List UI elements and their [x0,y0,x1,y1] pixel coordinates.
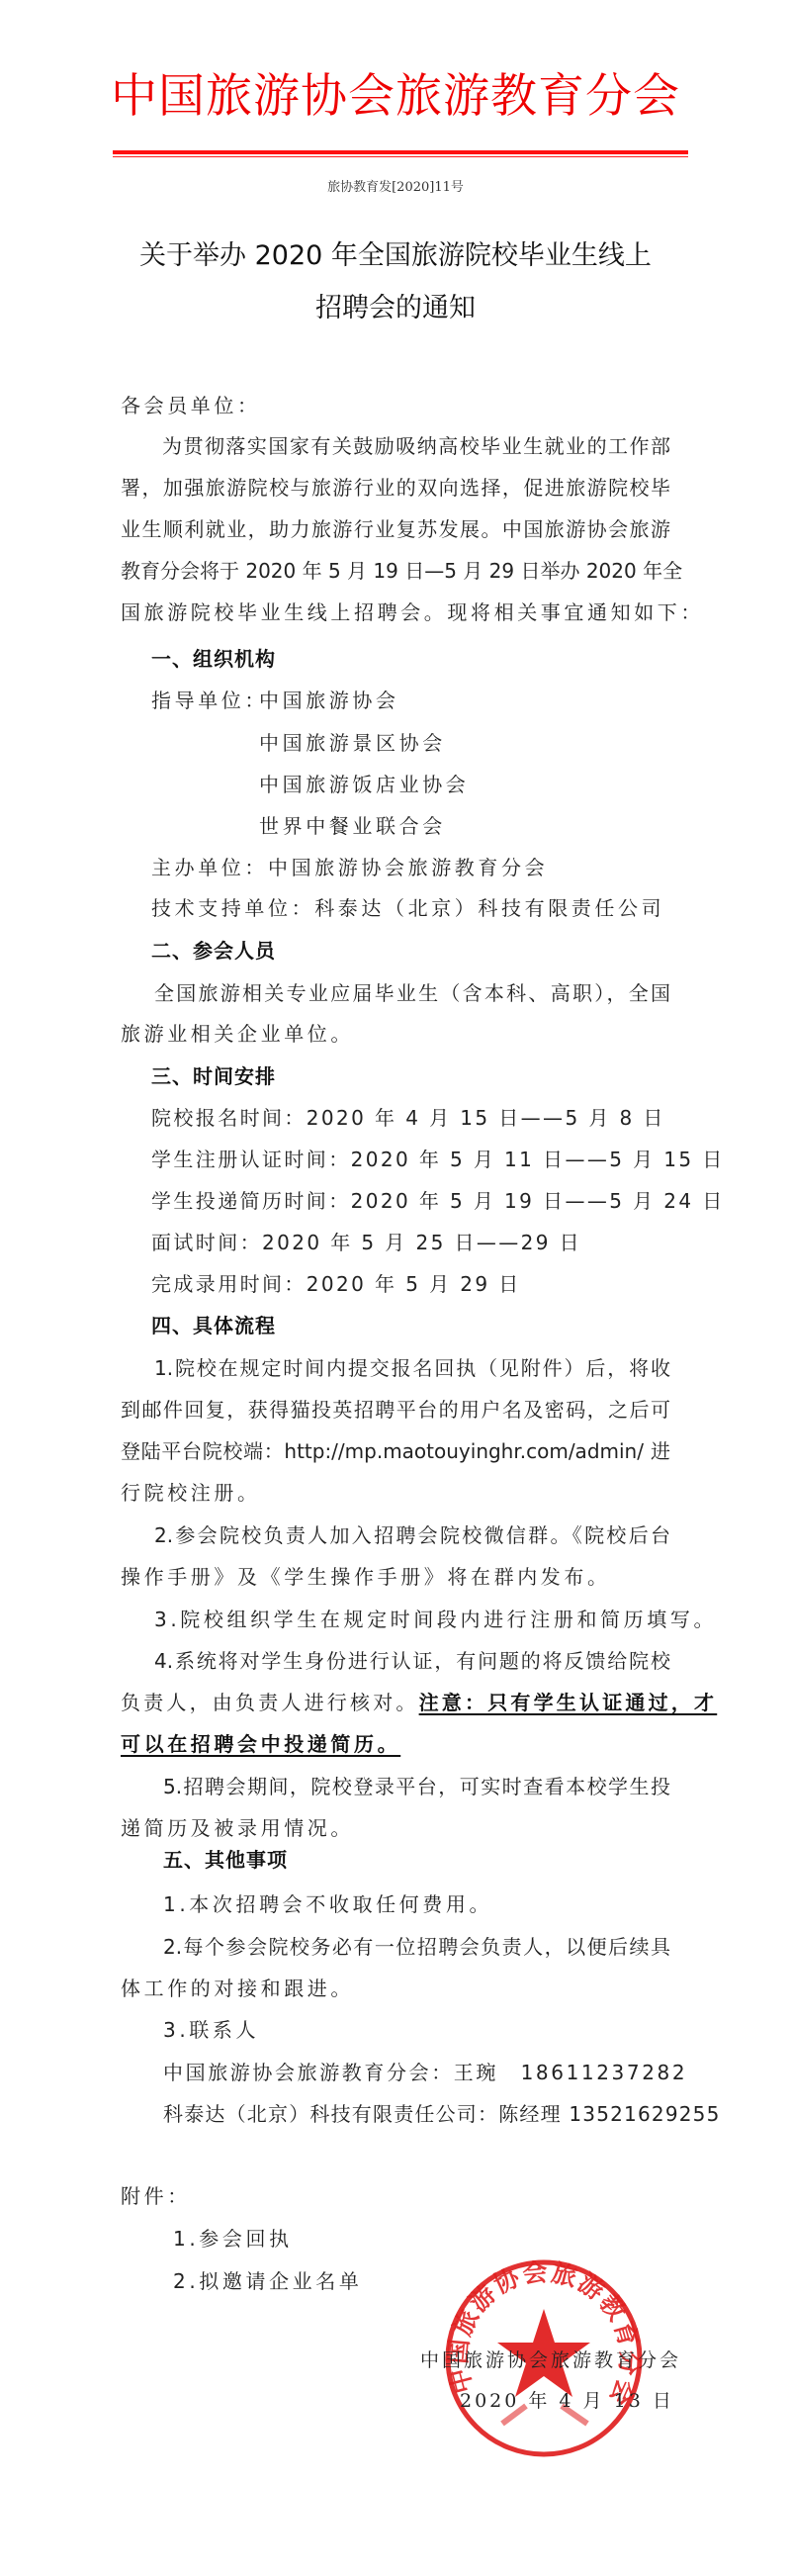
masthead-red-rule [113,150,688,154]
document-page: 中国旅游协会旅游教育分会 旅协教育发[2020]11号 关于举办 2020 年全… [0,0,791,2576]
process-step2-line: 2.参会院校负责人加入招聘会院校微信群。《院校后台 [154,1520,670,1550]
attachment-item: 1.参会回执 [173,2224,293,2254]
schedule-item: 完成录用时间：2020 年 5 月 29 日 [151,1269,521,1299]
process-step1-line: 到邮件回复，获得猫投英招聘平台的用户名及密码，之后可 [121,1395,670,1425]
process-step1-url-line: 登陆平台院校端：http://mp.maotouyinghr.com/admin… [121,1436,670,1466]
contact-person: 科泰达（北京）科技有限责任公司：陈经理 13521629255 [163,2099,721,2129]
document-number: 旅协教育发[2020]11号 [0,178,791,198]
guiding-unit: 中国旅游景区协会 [259,728,446,758]
other-item: 体工作的对接和跟进。 [121,1974,354,2003]
schedule-item: 院校报名时间：2020 年 4 月 15 日——5 月 8 日 [151,1103,665,1133]
attachments-label: 附件： [121,2181,191,2211]
process-step3-line: 3.院校组织学生在规定时间段内进行注册和简历填写。 [154,1605,717,1634]
tech-support-unit: 技术支持单位：科泰达（北京）科技有限责任公司 [151,893,664,923]
schedule-item: 学生注册认证时间：2020 年 5 月 11 日——5 月 15 日 [151,1145,725,1174]
process-step4-line: 负责人，由负责人进行核对。注意：只有学生认证通过，才 [121,1688,717,1717]
guiding-unit: 中国旅游协会 [259,686,399,715]
process-step5-line: 5.招聘会期间，院校登录平台，可实时查看本校学生投 [163,1772,670,1801]
signature-organization: 中国旅游协会旅游教育分会 [420,2346,681,2375]
guiding-unit: 中国旅游饭店业协会 [259,770,469,799]
intro-line: 教育分会将于 2020 年 5 月 19 日—5 月 29 日举办 2020 年… [121,556,670,586]
schedule-item: 面试时间：2020 年 5 月 25 日——29 日 [151,1228,581,1257]
attachment-item: 2.拟邀请企业名单 [173,2266,362,2296]
section-heading-participants: 二、参会人员 [151,936,276,966]
process-step4-text: 负责人，由负责人进行核对。 [121,1691,419,1714]
process-step4-notice: 可以在招聘会中投递简历。 [121,1732,400,1756]
other-item: 1.本次招聘会不收取任何费用。 [163,1889,492,1919]
process-step4-line: 4.系统将对学生身份进行认证，有问题的将反馈给院校 [154,1646,670,1676]
other-item-contacts-label: 3.联系人 [163,2015,259,2045]
intro-line: 业生顺利就业，助力旅游行业复苏发展。中国旅游协会旅游 [121,514,670,544]
section-heading-schedule: 三、时间安排 [151,1061,276,1091]
masthead-organization: 中国旅游协会旅游教育分会 [0,65,791,129]
intro-line: 国旅游院校毕业生线上招聘会。现将相关事宜通知如下： [121,598,704,627]
process-step5-line: 递简历及被录用情况。 [121,1813,354,1843]
document-title-line2: 招聘会的通知 [0,291,791,326]
section-heading-organization: 一、组织机构 [151,644,276,674]
section-heading-other: 五、其他事项 [163,1845,288,1875]
process-step4-notice: 注意：只有学生认证通过，才 [419,1691,718,1714]
guiding-units-label: 指导单位： [151,686,268,715]
intro-line: 为贯彻落实国家有关鼓励吸纳高校毕业生就业的工作部 [121,431,670,461]
salutation: 各会员单位： [121,391,261,420]
participants-line: 旅游业相关企业单位。 [121,1019,354,1049]
section-heading-process: 四、具体流程 [151,1311,276,1340]
masthead-red-rule-thin [113,156,688,157]
host-unit: 主办单位：中国旅游协会旅游教育分会 [151,853,548,882]
participants-line: 全国旅游相关专业应届毕业生（含本科、高职），全国 [154,978,670,1008]
guiding-unit: 世界中餐业联合会 [259,811,446,841]
process-step1-line: 行院校注册。 [121,1478,261,1508]
process-step4-line: 可以在招聘会中投递简历。 [121,1729,400,1759]
schedule-item: 学生投递简历时间：2020 年 5 月 19 日——5 月 24 日 [151,1186,725,1216]
document-title-line1: 关于举办 2020 年全国旅游院校毕业生线上 [0,238,791,274]
process-step2-line: 操作手册》及《学生操作手册》将在群内发布。 [121,1562,611,1592]
intro-line: 署，加强旅游院校与旅游行业的双向选择，促进旅游院校毕 [121,473,670,503]
other-item: 2.每个参会院校务必有一位招聘会负责人，以便后续具 [163,1932,670,1962]
contact-person: 中国旅游协会旅游教育分会：王琬 18611237282 [163,2058,687,2087]
process-step1-line: 1.院校在规定时间内提交报名回执（见附件）后，将收 [154,1353,670,1383]
signature-date: 2020 年 4 月 13 日 [460,2386,674,2416]
